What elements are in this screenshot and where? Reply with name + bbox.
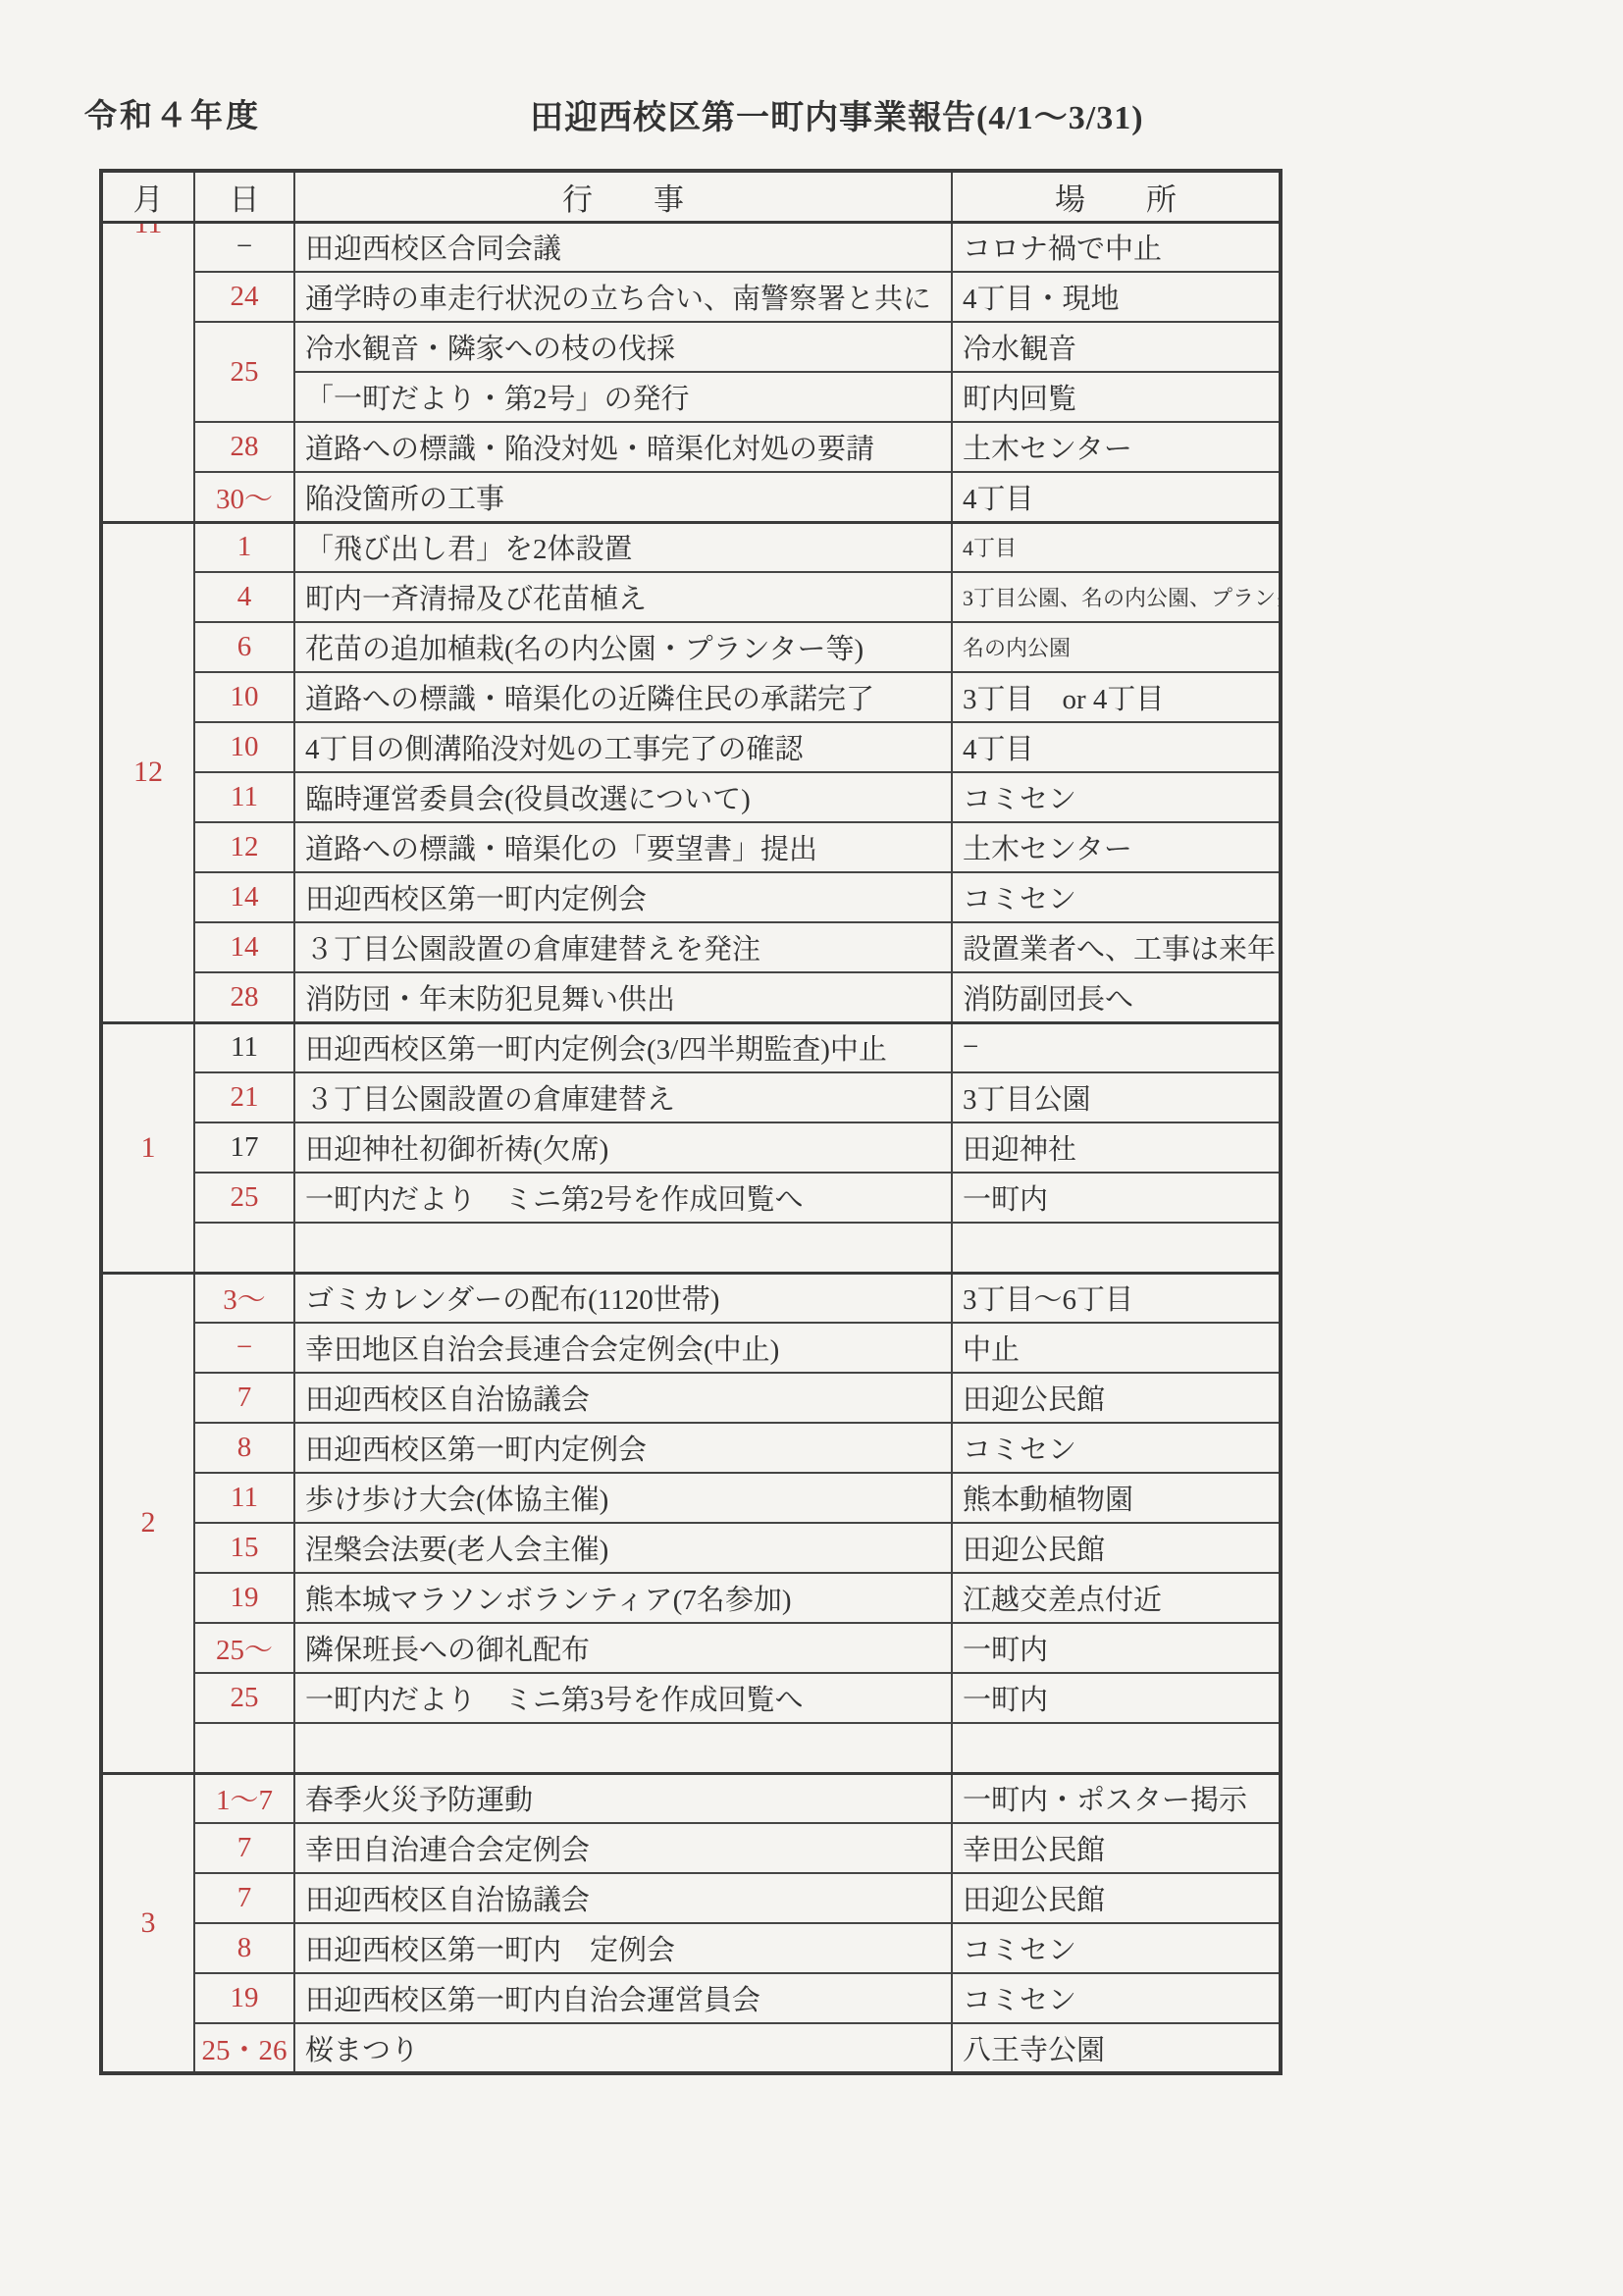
table-row: 12道路への標識・暗渠化の「要望書」提出土木センター xyxy=(101,822,1281,872)
place-cell: 八王寺公園 xyxy=(952,2023,1281,2073)
place-cell: コミセン xyxy=(952,872,1281,922)
event-cell: 田迎西校区第一町内定例会 xyxy=(294,1423,952,1473)
table-row: 25一町内だより ミニ第2号を作成回覧へ一町内 xyxy=(101,1173,1281,1223)
place-cell: 4丁目 xyxy=(952,472,1281,522)
place-cell: 4丁目 xyxy=(952,722,1281,772)
table-row: 17田迎神社初御祈祷(欠席)田迎神社 xyxy=(101,1122,1281,1173)
day-cell: 15 xyxy=(194,1523,294,1573)
table-row: 6花苗の追加植栽(名の内公園・プランター等)名の内公園 xyxy=(101,622,1281,672)
place-cell: 3丁目〜6丁目 xyxy=(952,1273,1281,1323)
event-cell: 田迎西校区自治協議会 xyxy=(294,1373,952,1423)
header-row: 月 日 行 事 場 所 xyxy=(101,171,1281,222)
place-cell: 土木センター xyxy=(952,422,1281,472)
day-cell: 17 xyxy=(194,1122,294,1173)
table-row: 14 ３丁目公園設置の倉庫建替えを発注設置業者へ、工事は来年 xyxy=(101,922,1281,972)
place-cell: 一町内 xyxy=(952,1173,1281,1223)
place-cell: 江越交差点付近 xyxy=(952,1573,1281,1623)
event-cell: 春季火災予防運動 xyxy=(294,1773,952,1823)
event-cell: 通学時の車走行状況の立ち合い、南警察署と共に xyxy=(294,272,952,322)
month-cell: 3 xyxy=(101,1773,194,2073)
place-cell: 田迎公民館 xyxy=(952,1523,1281,1573)
day-cell: 1 xyxy=(194,522,294,572)
scanned-report-page: 令和４年度 田迎西校区第一町内事業報告(4/1〜3/31) 月 日 行 事 場 … xyxy=(0,0,1623,2296)
table-row: 21 ３丁目公園設置の倉庫建替え3丁目公園 xyxy=(101,1072,1281,1122)
day-cell: 3〜 xyxy=(194,1273,294,1323)
place-cell: コミセン xyxy=(952,1973,1281,2023)
place-cell: 田迎公民館 xyxy=(952,1373,1281,1423)
day-cell: 14 xyxy=(194,922,294,972)
table-row: −幸田地区自治会長連合会定例会(中止)中止 xyxy=(101,1323,1281,1373)
event-cell: ３丁目公園設置の倉庫建替え xyxy=(294,1072,952,1122)
day-cell: 8 xyxy=(194,1423,294,1473)
table-row: 25〜隣保班長への御礼配布一町内 xyxy=(101,1623,1281,1673)
day-cell: 28 xyxy=(194,422,294,472)
day-cell: 7 xyxy=(194,1823,294,1873)
table-row: 14田迎西校区第一町内定例会コミセン xyxy=(101,872,1281,922)
table-row: 28消防団・年末防犯見舞い供出消防副団長へ xyxy=(101,972,1281,1022)
event-cell: 田迎西校区自治協議会 xyxy=(294,1873,952,1923)
event-cell: 道路への標識・暗渠化の近隣住民の承諾完了 xyxy=(294,672,952,722)
month-label: 3 xyxy=(141,1906,156,1939)
month-label: 1 xyxy=(141,1131,156,1164)
event-cell: 熊本城マラソンボランティア(7名参加) xyxy=(294,1573,952,1623)
day-cell: 24 xyxy=(194,272,294,322)
month-cell: 2 xyxy=(101,1273,194,1773)
place-cell: 中止 xyxy=(952,1323,1281,1373)
event-cell: ３丁目公園設置の倉庫建替えを発注 xyxy=(294,922,952,972)
event-cell xyxy=(294,1723,952,1773)
table-row: 25一町内だより ミニ第3号を作成回覧へ一町内 xyxy=(101,1673,1281,1723)
event-cell: 臨時運営委員会(役員改選について) xyxy=(294,772,952,822)
table-body: 11−田迎西校区合同会議コロナ禍で中止24通学時の車走行状況の立ち合い、南警察署… xyxy=(101,222,1281,2073)
day-cell: 30〜 xyxy=(194,472,294,522)
place-cell: 一町内 xyxy=(952,1623,1281,1673)
day-cell: 12 xyxy=(194,822,294,872)
place-cell: コロナ禍で中止 xyxy=(952,222,1281,272)
day-cell: 10 xyxy=(194,722,294,772)
place-cell: 3丁目 or 4丁目 xyxy=(952,672,1281,722)
event-cell: ゴミカレンダーの配布(1120世帯) xyxy=(294,1273,952,1323)
day-cell xyxy=(194,1223,294,1273)
place-cell: 土木センター xyxy=(952,822,1281,872)
table-row: 15涅槃会法要(老人会主催)田迎公民館 xyxy=(101,1523,1281,1573)
event-cell: 4丁目の側溝陥没対処の工事完了の確認 xyxy=(294,722,952,772)
table-row: 23〜ゴミカレンダーの配布(1120世帯)3丁目〜6丁目 xyxy=(101,1273,1281,1323)
table-row: 19熊本城マラソンボランティア(7名参加)江越交差点付近 xyxy=(101,1573,1281,1623)
month-label: 2 xyxy=(141,1506,156,1539)
place-cell: 一町内・ポスター掲示 xyxy=(952,1773,1281,1823)
day-cell: − xyxy=(194,222,294,272)
day-cell: 11 xyxy=(194,1022,294,1072)
event-cell: 田迎西校区第一町内 定例会 xyxy=(294,1923,952,1973)
place-cell: 4丁目 xyxy=(952,522,1281,572)
table-row: 11歩け歩け大会(体協主催)熊本動植物園 xyxy=(101,1473,1281,1523)
table-row: 4町内一斉清掃及び花苗植え3丁目公園、名の内公園、プランター xyxy=(101,572,1281,622)
page-title: 田迎西校区第一町内事業報告(4/1〜3/31) xyxy=(530,90,1144,138)
table-row: 19田迎西校区第一町内自治会運営員会コミセン xyxy=(101,1973,1281,2023)
event-cell: 田迎西校区第一町内自治会運営員会 xyxy=(294,1973,952,2023)
table-row: 11臨時運営委員会(役員改選について)コミセン xyxy=(101,772,1281,822)
event-cell: 桜まつり xyxy=(294,2023,952,2073)
event-cell: 田迎神社初御祈祷(欠席) xyxy=(294,1122,952,1173)
month-label: 12 xyxy=(133,756,163,788)
event-cell: 隣保班長への御礼配布 xyxy=(294,1623,952,1673)
place-cell: 名の内公園 xyxy=(952,622,1281,672)
event-cell: 冷水観音・隣家への枝の伐採 xyxy=(294,322,952,372)
table-row: 30〜陥没箇所の工事4丁目 xyxy=(101,472,1281,522)
place-cell: 町内回覧 xyxy=(952,372,1281,422)
event-cell: 涅槃会法要(老人会主催) xyxy=(294,1523,952,1573)
place-cell: − xyxy=(952,1022,1281,1072)
place-cell: 3丁目公園 xyxy=(952,1072,1281,1122)
place-cell: 田迎公民館 xyxy=(952,1873,1281,1923)
place-cell: 消防副団長へ xyxy=(952,972,1281,1022)
table-row: 111田迎西校区第一町内定例会(3/四半期監査)中止− xyxy=(101,1022,1281,1072)
day-cell: 1〜7 xyxy=(194,1773,294,1823)
day-cell: 25 xyxy=(194,1673,294,1723)
day-cell: 28 xyxy=(194,972,294,1022)
place-cell: 4丁目・現地 xyxy=(952,272,1281,322)
table-row: 31〜7春季火災予防運動一町内・ポスター掲示 xyxy=(101,1773,1281,1823)
event-cell: 「飛び出し君」を2体設置 xyxy=(294,522,952,572)
event-cell: 花苗の追加植栽(名の内公園・プランター等) xyxy=(294,622,952,672)
table-row: 10道路への標識・暗渠化の近隣住民の承諾完了3丁目 or 4丁目 xyxy=(101,672,1281,722)
day-cell: 25 xyxy=(194,1173,294,1223)
place-cell: 田迎神社 xyxy=(952,1122,1281,1173)
table-row: 7幸田自治連合会定例会幸田公民館 xyxy=(101,1823,1281,1873)
place-cell: 幸田公民館 xyxy=(952,1823,1281,1873)
place-cell: 冷水観音 xyxy=(952,322,1281,372)
event-cell xyxy=(294,1223,952,1273)
place-cell: コミセン xyxy=(952,1423,1281,1473)
day-cell: 4 xyxy=(194,572,294,622)
table-row: 121「飛び出し君」を2体設置4丁目 xyxy=(101,522,1281,572)
day-cell: 7 xyxy=(194,1373,294,1423)
place-cell: 熊本動植物園 xyxy=(952,1473,1281,1523)
day-cell: 25・26 xyxy=(194,2023,294,2073)
day-cell: 21 xyxy=(194,1072,294,1122)
event-cell: 道路への標識・暗渠化の「要望書」提出 xyxy=(294,822,952,872)
table-row: 25・26桜まつり八王寺公園 xyxy=(101,2023,1281,2073)
place-cell xyxy=(952,1223,1281,1273)
place-cell xyxy=(952,1723,1281,1773)
table-row: 11−田迎西校区合同会議コロナ禍で中止 xyxy=(101,222,1281,272)
place-cell: コミセン xyxy=(952,772,1281,822)
table-row xyxy=(101,1723,1281,1773)
event-cell: 陥没箇所の工事 xyxy=(294,472,952,522)
table-row: 8田迎西校区第一町内 定例会コミセン xyxy=(101,1923,1281,1973)
month-cell: 12 xyxy=(101,522,194,1022)
events-table: 月 日 行 事 場 所 11−田迎西校区合同会議コロナ禍で中止24通学時の車走行… xyxy=(99,169,1283,2075)
day-cell: 14 xyxy=(194,872,294,922)
table-row: 104丁目の側溝陥没対処の工事完了の確認4丁目 xyxy=(101,722,1281,772)
event-cell: 道路への標識・陥没対処・暗渠化対処の要請 xyxy=(294,422,952,472)
table-row xyxy=(101,1223,1281,1273)
event-cell: 「一町だより・第2号」の発行 xyxy=(294,372,952,422)
day-cell xyxy=(194,1723,294,1773)
table-row: 8田迎西校区第一町内定例会コミセン xyxy=(101,1423,1281,1473)
table-row: 28道路への標識・陥没対処・暗渠化対処の要請土木センター xyxy=(101,422,1281,472)
place-cell: 3丁目公園、名の内公園、プランター xyxy=(952,572,1281,622)
col-header-month: 月 xyxy=(101,171,194,222)
place-cell: 一町内 xyxy=(952,1673,1281,1723)
col-header-place: 場 所 xyxy=(952,171,1281,222)
event-cell: 田迎西校区第一町内定例会(3/四半期監査)中止 xyxy=(294,1022,952,1072)
day-cell: 10 xyxy=(194,672,294,722)
event-cell: 町内一斉清掃及び花苗植え xyxy=(294,572,952,622)
table-row: 25冷水観音・隣家への枝の伐採冷水観音 xyxy=(101,322,1281,372)
col-header-day: 日 xyxy=(194,171,294,222)
table-row: 7田迎西校区自治協議会田迎公民館 xyxy=(101,1373,1281,1423)
event-cell: 一町内だより ミニ第2号を作成回覧へ xyxy=(294,1173,952,1223)
event-cell: 田迎西校区第一町内定例会 xyxy=(294,872,952,922)
table-row: 7田迎西校区自治協議会田迎公民館 xyxy=(101,1873,1281,1923)
place-cell: コミセン xyxy=(952,1923,1281,1973)
place-cell: 設置業者へ、工事は来年 xyxy=(952,922,1281,972)
day-cell: 25 xyxy=(194,322,294,422)
event-cell: 一町内だより ミニ第3号を作成回覧へ xyxy=(294,1673,952,1723)
event-cell: 田迎西校区合同会議 xyxy=(294,222,952,272)
event-cell: 歩け歩け大会(体協主催) xyxy=(294,1473,952,1523)
table-row: 24通学時の車走行状況の立ち合い、南警察署と共に4丁目・現地 xyxy=(101,272,1281,322)
day-cell: 6 xyxy=(194,622,294,672)
month-label: 11 xyxy=(103,222,193,238)
day-cell: 19 xyxy=(194,1573,294,1623)
day-cell: − xyxy=(194,1323,294,1373)
day-cell: 11 xyxy=(194,1473,294,1523)
event-cell: 幸田地区自治会長連合会定例会(中止) xyxy=(294,1323,952,1373)
day-cell: 8 xyxy=(194,1923,294,1973)
day-cell: 11 xyxy=(194,772,294,822)
month-cell: 11 xyxy=(101,222,194,522)
event-cell: 幸田自治連合会定例会 xyxy=(294,1823,952,1873)
event-cell: 消防団・年末防犯見舞い供出 xyxy=(294,972,952,1022)
day-cell: 7 xyxy=(194,1873,294,1923)
day-cell: 19 xyxy=(194,1973,294,2023)
fiscal-year-label: 令和４年度 xyxy=(84,90,261,136)
col-header-event: 行 事 xyxy=(294,171,952,222)
day-cell: 25〜 xyxy=(194,1623,294,1673)
month-cell: 1 xyxy=(101,1022,194,1273)
